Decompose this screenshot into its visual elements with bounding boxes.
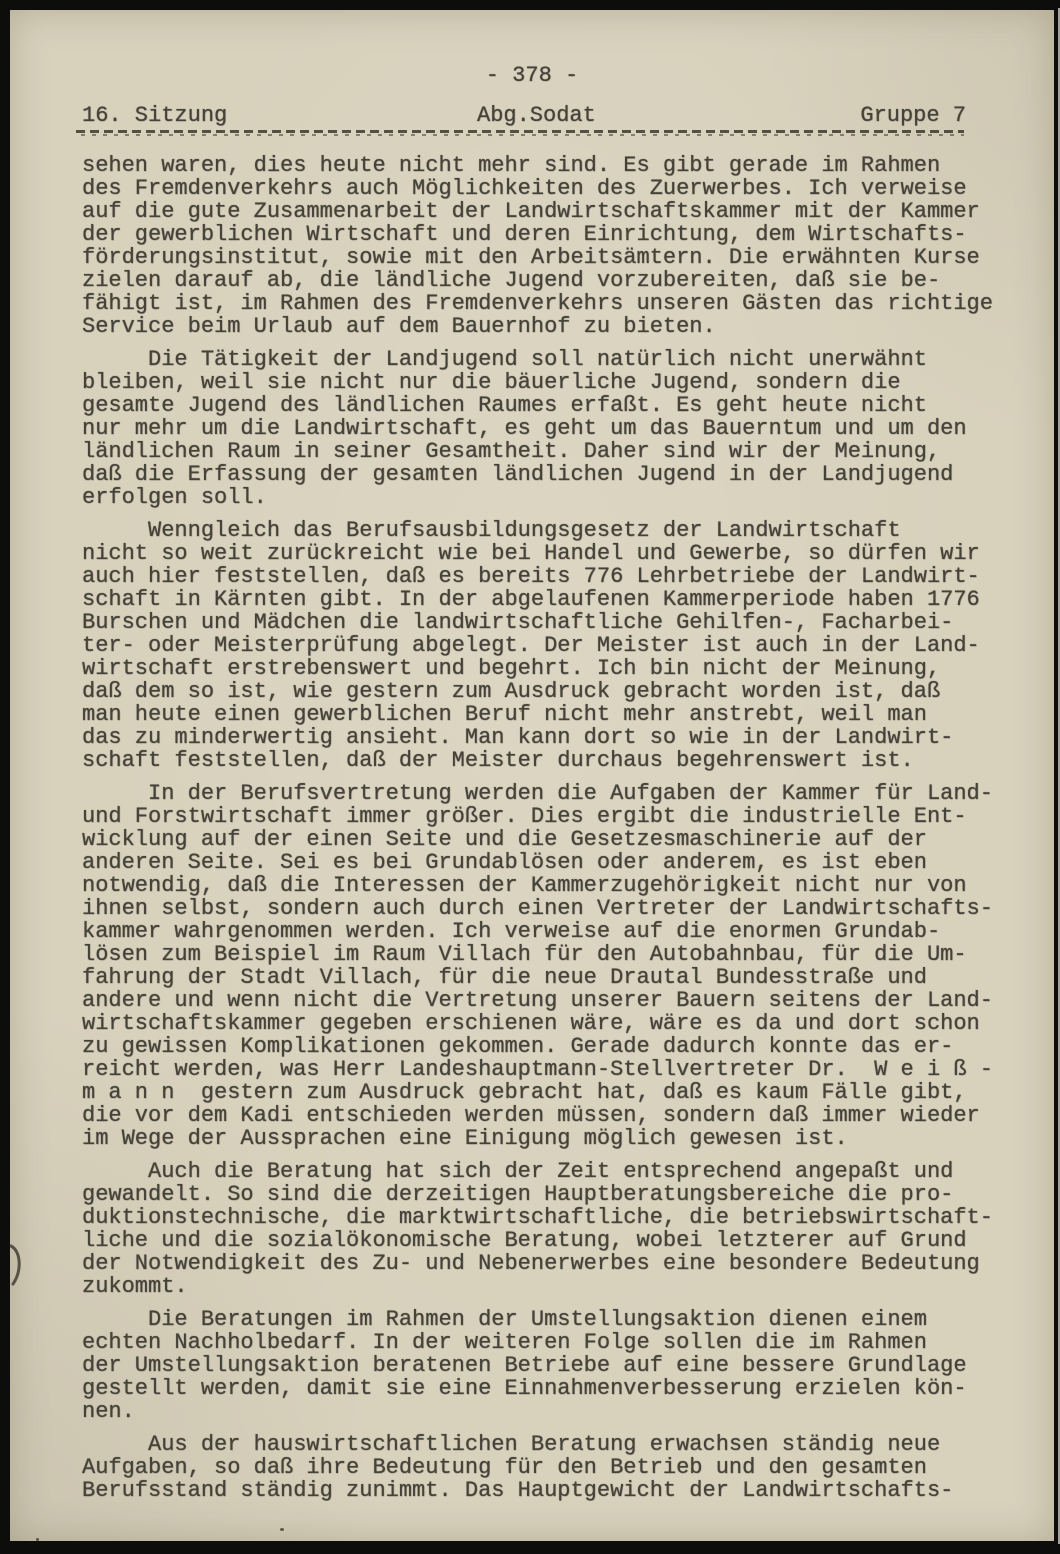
text-line: bleiben, weil sie nicht nur die bäuerlic…: [82, 371, 1054, 394]
text-line: nur mehr um die Landwirtschaft, es geht …: [82, 417, 1054, 440]
text-line: auf die gute Zusammenarbeit der Landwirt…: [82, 200, 1054, 223]
text-line: ländlichen Raum in seiner Gesamtheit. Da…: [82, 440, 1054, 463]
text-line: wirtschaft erstrebenswert und begehrt. I…: [82, 657, 1054, 680]
text-line: die vor dem Kadi entschieden werden müss…: [82, 1104, 1054, 1127]
text-line: andere und wenn nicht die Vertretung uns…: [82, 989, 1054, 1012]
text-line: gestellt werden, damit sie eine Einnahme…: [82, 1377, 1054, 1400]
text-line: zu gewissen Komplikationen gekommen. Ger…: [82, 1035, 1054, 1058]
text-line: der Notwendigkeit des Zu- und Nebenerwer…: [82, 1252, 1054, 1275]
text-line: daß die Erfassung der gesamten ländliche…: [82, 463, 1054, 486]
page-header: 16. Sitzung Abg.Sodat Gruppe 7: [82, 104, 966, 130]
paper-speck: [280, 1528, 284, 1531]
text-line: schaft feststellen, daß der Meister durc…: [82, 749, 1054, 772]
text-line: nen.: [82, 1400, 1054, 1423]
text-line: liche und die sozialökonomische Beratung…: [82, 1229, 1054, 1252]
text-line: gewandelt. So sind die derzeitigen Haupt…: [82, 1183, 1054, 1206]
text-line: ihnen selbst, sondern auch durch einen V…: [82, 897, 1054, 920]
text-line: Aufgaben, so daß ihre Bedeutung für den …: [82, 1456, 1054, 1479]
margin-mark: [8, 1243, 28, 1287]
paragraph: Wenngleich das Berufsausbildungsgesetz d…: [82, 519, 1054, 772]
paragraph: Auch die Beratung hat sich der Zeit ents…: [82, 1160, 1054, 1298]
text-line: nicht so weit zurückreicht wie bei Hande…: [82, 542, 1054, 565]
paragraph: sehen waren, dies heute nicht mehr sind.…: [82, 154, 1054, 338]
text-line: zielen darauf ab, die ländliche Jugend v…: [82, 269, 1054, 292]
text-line: auch hier feststellen, daß es bereits 77…: [82, 565, 1054, 588]
text-line: duktionstechnische, die marktwirtschaftl…: [82, 1206, 1054, 1229]
paper-speck: [520, 710, 522, 712]
text-line: wicklung auf der einen Seite und die Ges…: [82, 828, 1054, 851]
header-session-label: 16. Sitzung: [82, 104, 227, 127]
text-line: notwendig, daß die Interessen der Kammer…: [82, 874, 1054, 897]
text-line: Die Tätigkeit der Landjugend soll natürl…: [82, 348, 1054, 371]
paragraph: In der Berufsvertretung werden die Aufga…: [82, 782, 1054, 1150]
text-line: In der Berufsvertretung werden die Aufga…: [82, 782, 1054, 805]
scan-border-wedge: [0, 1134, 8, 1554]
text-line: ter- oder Meisterprüfung abgelegt. Der M…: [82, 634, 1054, 657]
text-line: Berufsstand ständig zunimmt. Das Hauptge…: [82, 1479, 1054, 1502]
header-speaker-label: Abg.Sodat: [477, 104, 596, 127]
text-line: Die Beratungen im Rahmen der Umstellungs…: [82, 1308, 1054, 1331]
text-line: anderen Seite. Sei es bei Grundablösen o…: [82, 851, 1054, 874]
text-line: gesamte Jugend des ländlichen Raumes erf…: [82, 394, 1054, 417]
text-line: m a n n gestern zum Ausdruck gebracht ha…: [82, 1081, 1054, 1104]
text-line: Wenngleich das Berufsausbildungsgesetz d…: [82, 519, 1054, 542]
text-line: erfolgen soll.: [82, 486, 1054, 509]
text-line: das zu minderwertig ansieht. Man kann do…: [82, 726, 1054, 749]
text-line: Auch die Beratung hat sich der Zeit ents…: [82, 1160, 1054, 1183]
text-line: Burschen und Mädchen die landwirtschaftl…: [82, 611, 1054, 634]
header-group-label: Gruppe 7: [860, 104, 966, 127]
text-line: lösen zum Beispiel im Raum Villach für d…: [82, 943, 1054, 966]
paragraph: Die Tätigkeit der Landjugend soll natürl…: [82, 348, 1054, 509]
text-line: der gewerblichen Wirtschaft und deren Ei…: [82, 223, 1054, 246]
text-line: kammer wahrgenommen werden. Ich verweise…: [82, 920, 1054, 943]
text-line: der Umstellungsaktion beratenen Betriebe…: [82, 1354, 1054, 1377]
paper-sheet: - 378 - 16. Sitzung Abg.Sodat Gruppe 7 s…: [10, 10, 1054, 1541]
text-line: sehen waren, dies heute nicht mehr sind.…: [82, 154, 1054, 177]
text-line: förderungsinstitut, sowie mit den Arbeit…: [82, 246, 1054, 269]
text-line: Service beim Urlaub auf dem Bauernhof zu…: [82, 315, 1054, 338]
text-line: fähigt ist, im Rahmen des Fremdenverkehr…: [82, 292, 1054, 315]
text-line: daß dem so ist, wie gestern zum Ausdruck…: [82, 680, 1054, 703]
text-line: man heute einen gewerblichen Beruf nicht…: [82, 703, 1054, 726]
header-dashed-rule: [76, 130, 964, 136]
paragraph: Die Beratungen im Rahmen der Umstellungs…: [82, 1308, 1054, 1423]
text-line: und Forstwirtschaft immer größer. Dies e…: [82, 805, 1054, 828]
page-body: sehen waren, dies heute nicht mehr sind.…: [82, 154, 1054, 1502]
text-line: zukommt.: [82, 1275, 1054, 1298]
text-line: im Wege der Aussprachen eine Einigung mö…: [82, 1127, 1054, 1150]
text-line: schaft in Kärnten gibt. In der abgelaufe…: [82, 588, 1054, 611]
text-line: des Fremdenverkehrs auch Möglichkeiten d…: [82, 177, 1054, 200]
text-line: echten Nachholbedarf. In der weiteren Fo…: [82, 1331, 1054, 1354]
scanned-page: - 378 - 16. Sitzung Abg.Sodat Gruppe 7 s…: [0, 0, 1060, 1554]
paragraph: Aus der hauswirtschaftlichen Beratung er…: [82, 1433, 1054, 1502]
text-line: fahrung der Stadt Villach, für die neue …: [82, 966, 1054, 989]
page-number: - 378 -: [10, 64, 1054, 87]
text-line: wirtschaftskammer gegeben erschienen wär…: [82, 1012, 1054, 1035]
text-line: Aus der hauswirtschaftlichen Beratung er…: [82, 1433, 1054, 1456]
text-line: reicht werden, was Herr Landeshauptmann-…: [82, 1058, 1054, 1081]
paper-speck: [36, 1538, 39, 1541]
